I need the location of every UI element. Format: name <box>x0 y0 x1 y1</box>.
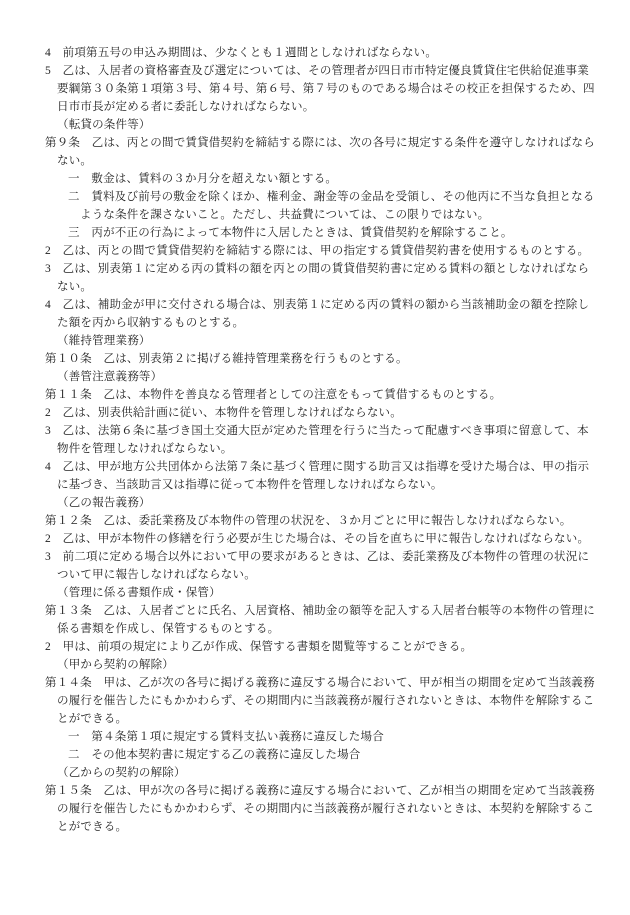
text-line: 第１０条 乙は、別表第２に掲げる維持管理業務を行うものとする。 <box>45 350 590 368</box>
text-line: 4 乙は、甲が地方公共団体から法第７条に基づく管理に関する助言又は指導を受けた場… <box>45 458 590 476</box>
text-line: ついて甲に報告しなければならない。 <box>45 566 590 584</box>
document-page: 4 前項第五号の申込み期間は、少なくとも１週間としなければならない。5 乙は、入… <box>0 0 630 915</box>
text-line: 第１１条 乙は、本物件を善良なる管理者としての注意をもって賃借するものとする。 <box>45 386 590 404</box>
text-line: 第１４条 甲は、乙が次の各号に掲げる義務に違反する場合において、甲が相当の期間を… <box>45 674 590 692</box>
text-line: （管理に係る書類作成・保管） <box>45 584 590 602</box>
text-line: の履行を催告したにもかかわらず、その期間内に当該義務が履行されないときは、本契約… <box>45 800 590 818</box>
text-line: 2 乙は、甲が本物件の修繕を行う必要が生じた場合は、その旨を直ちに甲に報告しなけ… <box>45 530 590 548</box>
text-line: とができる。 <box>45 818 590 836</box>
text-line: 要綱第３０条第１項第３号、第４号、第６号、第７号のものである場合はその校正を担保… <box>45 80 590 98</box>
contract-text-block: 4 前項第五号の申込み期間は、少なくとも１週間としなければならない。5 乙は、入… <box>45 44 590 836</box>
text-line: ような条件を課さないこと。ただし、共益費については、この限りではない。 <box>45 206 590 224</box>
text-line: 2 甲は、前項の規定により乙が作成、保管する書類を閲覧等することができる。 <box>45 638 590 656</box>
text-line: 3 乙は、別表第１に定める丙の賃料の額を丙との間の賃貸借契約書に定める賃料の額と… <box>45 260 590 278</box>
text-line: （維持管理業務） <box>45 332 590 350</box>
text-line: 第１２条 乙は、委託業務及び本物件の管理の状況を、３か月ごとに甲に報告しなければ… <box>45 512 590 530</box>
text-line: 4 前項第五号の申込み期間は、少なくとも１週間としなければならない。 <box>45 44 590 62</box>
text-line: 一 敷金は、賃料の３か月分を超えない額とする。 <box>45 170 590 188</box>
text-line: （善管注意義務等） <box>45 368 590 386</box>
text-line: 3 乙は、法第６条に基づき国土交通大臣が定めた管理を行うに当たって配慮すべき事項… <box>45 422 590 440</box>
text-line: 2 乙は、別表供給計画に従い、本物件を管理しなければならない。 <box>45 404 590 422</box>
text-line: の履行を催告したにもかかわらず、その期間内に当該義務が履行されないときは、本物件… <box>45 692 590 710</box>
text-line: 2 乙は、丙との間で賃貸借契約を締結する際には、甲の指定する賃貸借契約書を使用す… <box>45 242 590 260</box>
text-line: （甲から契約の解除） <box>45 656 590 674</box>
text-line: 4 乙は、補助金が甲に交付される場合は、別表第１に定める丙の賃料の額から当該補助… <box>45 296 590 314</box>
text-line: 二 賃料及び前号の敷金を除くほか、権利金、謝金等の金品を受領し、その他丙に不当な… <box>45 188 590 206</box>
text-line: （転貸の条件等） <box>45 116 590 134</box>
text-line: に基づき、当該助言又は指導に従って本物件を管理しなければならない。 <box>45 476 590 494</box>
text-line: 第１３条 乙は、入居者ごとに氏名、入居資格、補助金の額等を記入する入居者台帳等の… <box>45 602 590 620</box>
text-line: 第１５条 乙は、甲が次の各号に掲げる義務に違反する場合において、乙が相当の期間を… <box>45 782 590 800</box>
text-line: （乙からの契約の解除） <box>45 764 590 782</box>
text-line: ない。 <box>45 152 590 170</box>
text-line: 第９条 乙は、丙との間で賃貸借契約を締結する際には、次の各号に規定する条件を遵守… <box>45 134 590 152</box>
text-line: 5 乙は、入居者の資格審査及び選定については、その管理者が四日市市特定優良賃貸住… <box>45 62 590 80</box>
text-line: 二 その他本契約書に規定する乙の義務に違反した場合 <box>45 746 590 764</box>
text-line: 一 第４条第１項に規定する賃料支払い義務に違反した場合 <box>45 728 590 746</box>
text-line: 日市市長が定める者に委託しなければならない。 <box>45 98 590 116</box>
text-line: た額を丙から収納するものとする。 <box>45 314 590 332</box>
text-line: 係る書類を作成し、保管するものとする。 <box>45 620 590 638</box>
text-line: 物件を管理しなければならない。 <box>45 440 590 458</box>
text-line: ない。 <box>45 278 590 296</box>
text-line: 三 丙が不正の行為によって本物件に入居したときは、賃貸借契約を解除すること。 <box>45 224 590 242</box>
text-line: とができる。 <box>45 710 590 728</box>
text-line: 3 前二項に定める場合以外において甲の要求があるときは、乙は、委託業務及び本物件… <box>45 548 590 566</box>
text-line: （乙の報告義務） <box>45 494 590 512</box>
